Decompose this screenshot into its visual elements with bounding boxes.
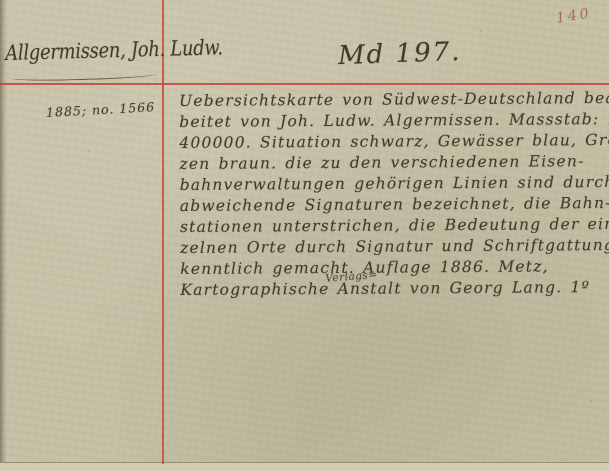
body-line: zen braun. die zu den verschiedenen Eise… bbox=[179, 151, 607, 175]
author-underline-flourish bbox=[10, 70, 158, 82]
card-left-edge-shadow bbox=[0, 0, 7, 471]
body-line: 400000. Situation schwarz, Gewässer blau… bbox=[179, 130, 607, 154]
accession-note: 1885; no. 1566 bbox=[46, 99, 156, 120]
body-text: Uebersichtskarte von Südwest-Deutschland… bbox=[179, 88, 608, 301]
body-line-last: Kartographische Verlags=Anstalt von Geor… bbox=[180, 277, 608, 301]
body-line: kenntlich gemacht. Auflage 1886. Metz, bbox=[180, 256, 608, 280]
page-number-pencil: 140 bbox=[555, 5, 593, 26]
catalog-card: 140 Allgermissen, Joh. Ludw. Md 197. 188… bbox=[0, 0, 609, 471]
body-line: bahnverwaltungen gehörigen Linien sind d… bbox=[180, 172, 608, 196]
scanned-catalog-card-page: 140 Allgermissen, Joh. Ludw. Md 197. 188… bbox=[0, 0, 609, 471]
body-line: stationen unterstrichen, die Bedeutung d… bbox=[180, 214, 608, 238]
author-heading: Allgermissen, Joh. Ludw. bbox=[5, 35, 223, 65]
body-line-last-pre: Kartographische bbox=[180, 280, 337, 299]
red-horizontal-rule bbox=[0, 83, 609, 85]
body-line: abweichende Signaturen bezeichnet, die B… bbox=[180, 193, 608, 217]
red-vertical-rule bbox=[162, 0, 164, 464]
shelfmark: Md 197. bbox=[338, 37, 462, 71]
card-bottom-edge bbox=[0, 462, 609, 471]
body-line: zelnen Orte durch Signatur und Schriftga… bbox=[180, 235, 608, 259]
body-line: beitet von Joh. Ludw. Algermissen. Masss… bbox=[179, 109, 607, 133]
insertion-note: Verlags= bbox=[325, 265, 379, 290]
body-line: Uebersichtskarte von Südwest-Deutschland… bbox=[179, 88, 607, 112]
